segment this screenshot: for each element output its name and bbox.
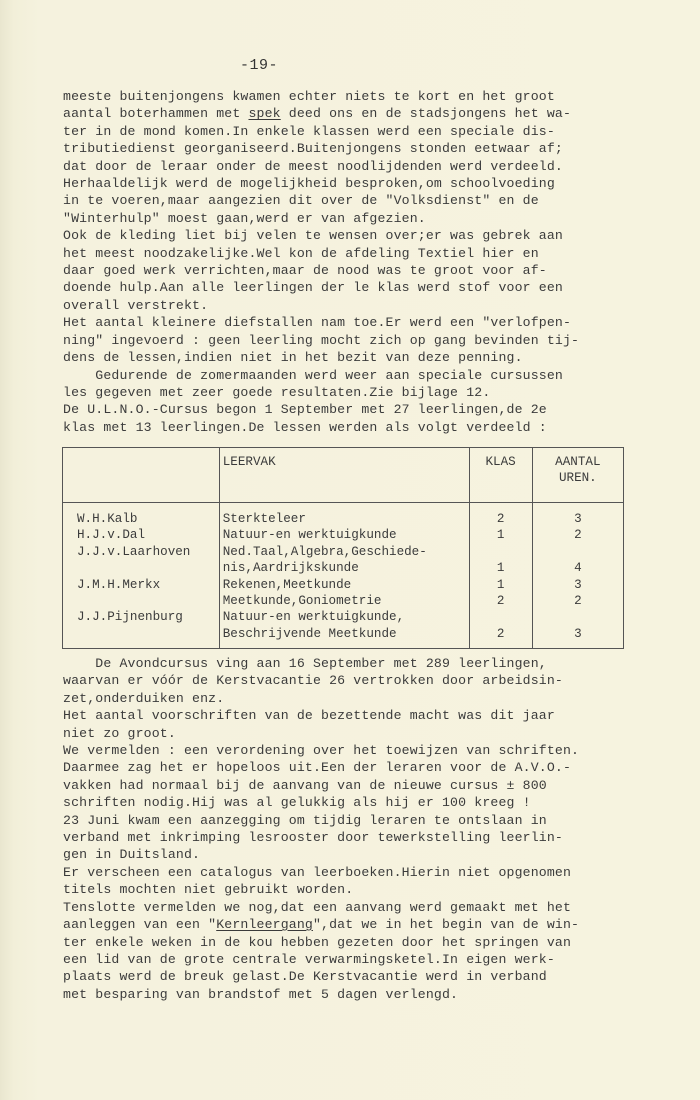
cell-uren: [533, 609, 623, 625]
text-line: aantal boterhammen met spek deed ons en …: [63, 105, 579, 122]
cell-leervak: Beschrijvende Meetkunde: [223, 626, 469, 642]
page-number: -19-: [240, 57, 278, 74]
text-line: Tenslotte vermelden we nog,dat een aanva…: [63, 899, 579, 916]
header-uren: AANTAL UREN.: [532, 448, 623, 503]
text-line: meeste buitenjongens kwamen echter niets…: [63, 88, 579, 105]
text-line: Het aantal kleinere diefstallen nam toe.…: [63, 314, 579, 331]
text-line: plaats werd de breuk gelast.De Kerstvaca…: [63, 968, 579, 985]
cell-name: J.J.Pijnenburg: [77, 609, 219, 625]
text-line: gen in Duitsland.: [63, 846, 579, 863]
cell-uren: 3: [533, 626, 623, 642]
cell-leervak: Natuur-en werktuigkunde: [223, 527, 469, 543]
cell-leervak: Meetkunde,Goniometrie: [223, 593, 469, 609]
text-line: waarvan er vóór de Kerstvacantie 26 vert…: [63, 672, 579, 689]
cell-name: [77, 593, 219, 609]
text-line: Het aantal voorschriften van de bezetten…: [63, 707, 579, 724]
text-line: dens de lessen,indien niet in het bezit …: [63, 349, 579, 366]
cell-name: [77, 560, 219, 576]
text-line: 23 Juni kwam een aanzegging om tijdig le…: [63, 812, 579, 829]
paragraphs-before-table: meeste buitenjongens kwamen echter niets…: [63, 88, 579, 436]
cell-klas: 2: [470, 593, 532, 609]
text-line: tributiedienst georganiseerd.Buitenjonge…: [63, 140, 579, 157]
text-line: titels mochten niet gebruikt worden.: [63, 881, 579, 898]
text-line: dat door de leraar onder de meest noodli…: [63, 158, 579, 175]
text-line: De Avondcursus ving aan 16 September met…: [63, 655, 579, 672]
cell-uren: 3: [533, 577, 623, 593]
header-uren-line1: AANTAL: [533, 454, 623, 470]
text-line: les gegeven met zeer goede resultaten.Zi…: [63, 384, 579, 401]
column-klas: 211122: [469, 503, 532, 649]
cell-leervak: Sterkteleer: [223, 511, 469, 527]
cell-klas: 2: [470, 626, 532, 642]
header-klas: KLAS: [469, 448, 532, 503]
header-uren-line2: UREN.: [533, 470, 623, 486]
underlined-text: spek: [248, 106, 280, 121]
cell-leervak: nis,Aardrijkskunde: [223, 560, 469, 576]
text-line: schriften nodig.Hij was al gelukkig als …: [63, 794, 579, 811]
cell-uren: 2: [533, 593, 623, 609]
cell-leervak: Natuur-en werktuigkunde,: [223, 609, 469, 625]
text-line: overall verstrekt.: [63, 297, 579, 314]
text-line: vakken had normaal bij de aanvang van de…: [63, 777, 579, 794]
cell-name: J.J.v.Laarhoven: [77, 544, 219, 560]
text-line: niet zo groot.: [63, 725, 579, 742]
text-line: klas met 13 leerlingen.De lessen werden …: [63, 419, 579, 436]
text-line: We vermelden : een verordening over het …: [63, 742, 579, 759]
cell-klas: 1: [470, 577, 532, 593]
text-line: aanleggen van een "Kernleergang",dat we …: [63, 916, 579, 933]
column-uren: 324323: [532, 503, 623, 649]
text-line: zet,onderduiken enz.: [63, 690, 579, 707]
text-line: Gedurende de zomermaanden werd weer aan …: [63, 367, 579, 384]
text-line: ter in de mond komen.In enkele klassen w…: [63, 123, 579, 140]
text-line: ning" ingevoerd : geen leerling mocht zi…: [63, 332, 579, 349]
cell-name: J.M.H.Merkx: [77, 577, 219, 593]
text-line: Ook de kleding liet bij velen te wensen …: [63, 227, 579, 244]
text-line: "Winterhulp" moest gaan,werd er van afge…: [63, 210, 579, 227]
cell-leervak: Ned.Taal,Algebra,Geschiede-: [223, 544, 469, 560]
text-line: ter enkele weken in de kou hebben gezete…: [63, 934, 579, 951]
cell-name: W.H.Kalb: [77, 511, 219, 527]
text-line: daar goed werk verrichten,maar de nood w…: [63, 262, 579, 279]
header-teacher: [63, 448, 220, 503]
text-line: De U.L.N.O.-Cursus begon 1 September met…: [63, 401, 579, 418]
cell-klas: [470, 544, 532, 560]
text-line: Er verscheen een catalogus van leerboeke…: [63, 864, 579, 881]
cell-uren: 4: [533, 560, 623, 576]
underlined-text: Kernleergang: [216, 917, 313, 932]
cell-name: [77, 626, 219, 642]
table-body-row: W.H.KalbH.J.v.DalJ.J.v.LaarhovenJ.M.H.Me…: [63, 503, 624, 649]
header-leervak: LEERVAK: [219, 448, 469, 503]
cell-uren: 3: [533, 511, 623, 527]
text-line: een lid van de grote centrale verwarming…: [63, 951, 579, 968]
cell-name: H.J.v.Dal: [77, 527, 219, 543]
cell-klas: 2: [470, 511, 532, 527]
column-leervak: SterkteleerNatuur-en werktuigkundeNed.Ta…: [219, 503, 469, 649]
cell-uren: [533, 544, 623, 560]
column-teachers: W.H.KalbH.J.v.DalJ.J.v.LaarhovenJ.M.H.Me…: [63, 503, 220, 649]
text-line: met besparing van brandstof met 5 dagen …: [63, 986, 579, 1003]
cell-klas: 1: [470, 527, 532, 543]
text-line: het meest noodzakelijke.Wel kon de afdel…: [63, 245, 579, 262]
text-line: Herhaaldelijk werd de mogelijkheid bespr…: [63, 175, 579, 192]
paragraphs-after-table: De Avondcursus ving aan 16 September met…: [63, 655, 579, 1003]
lesson-schedule-table: LEERVAK KLAS AANTAL UREN. W.H.KalbH.J.v.…: [62, 447, 624, 649]
cell-uren: 2: [533, 527, 623, 543]
cell-leervak: Rekenen,Meetkunde: [223, 577, 469, 593]
text-line: doende hulp.Aan alle leerlingen der le k…: [63, 279, 579, 296]
text-line: in te voeren,maar aangezien dit over de …: [63, 192, 579, 209]
table-header-row: LEERVAK KLAS AANTAL UREN.: [63, 448, 624, 503]
text-line: verband met inkrimping lesrooster door t…: [63, 829, 579, 846]
text-line: Daarmee zag het er hopeloos uit.Een der …: [63, 759, 579, 776]
cell-klas: [470, 609, 532, 625]
cell-klas: 1: [470, 560, 532, 576]
